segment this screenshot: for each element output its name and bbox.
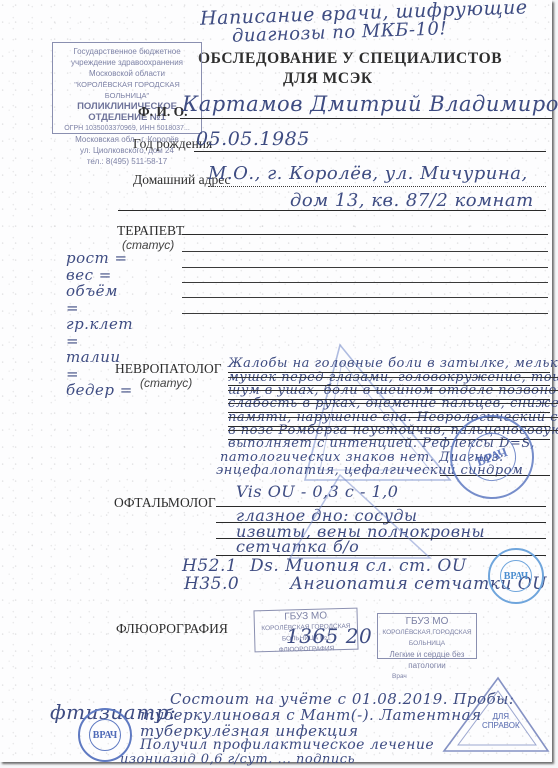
address-value-line2: дом 13, кв. 87/2 комнат	[290, 190, 534, 211]
document-page: Написание врачи, шифрующие диагнозы по М…	[0, 0, 552, 762]
fio-value: Картамов Дмитрий Владимирович	[182, 92, 558, 116]
phthisio-note-line: Получил профилактическое лечение	[140, 737, 434, 753]
round-stamp-neuro-text: ВРАЧ	[474, 444, 509, 470]
ophthalmologist-label: ОФТАЛЬМОЛОГ	[114, 495, 216, 511]
neuro-note-line: Жалобы на головные боли в затылке, мельк…	[228, 356, 558, 371]
birth-year-underline	[194, 151, 546, 152]
fio-underline	[180, 118, 552, 119]
measurement-volume: объём =	[66, 283, 136, 316]
therapist-line	[182, 297, 548, 298]
therapist-line	[182, 251, 548, 252]
round-stamp-ophthalmologist: ВРАЧ	[488, 548, 544, 604]
ophth-code-2: H35.0	[184, 574, 239, 594]
fluorography-label: ФЛЮОРОГРАФИЯ	[116, 621, 228, 637]
fluoro-result-line1: КОРОЛЁВСКАЯ ГОРОДСКАЯ БОЛЬНИЦА	[378, 627, 476, 649]
triangle-stamp-line1: ДЛЯ	[482, 712, 520, 721]
neuro-line	[228, 399, 550, 400]
stamp-line: "КОРОЛЁВСКАЯ ГОРОДСКАЯ БОЛЬНИЦА"	[53, 79, 201, 101]
triangle-stamp-text: ДЛЯ СПРАВОК	[482, 712, 520, 730]
fluorography-number: 1365 20	[286, 624, 372, 648]
address-underline-2	[118, 210, 546, 211]
therapist-label: ТЕРАПЕВТ	[117, 223, 184, 239]
fluorography-result-stamp: ГБУЗ МО КОРОЛЁВСКАЯ ГОРОДСКАЯ БОЛЬНИЦА Л…	[377, 613, 477, 659]
measurement-hips: бедер =	[66, 382, 136, 399]
neurologist-label: НЕВРОПАТОЛОГ	[115, 361, 222, 377]
document-title-line1: ОБСЛЕДОВАНИЕ У СПЕЦИАЛИСТОВ	[198, 50, 502, 68]
neuro-line	[228, 412, 550, 413]
ophth-code-1: H52.1	[182, 556, 237, 576]
therapist-line	[182, 313, 548, 314]
triangle-stamp-ophth	[280, 470, 440, 565]
measurement-chest: гр.клет =	[66, 316, 136, 349]
address-underline-1	[208, 186, 546, 187]
round-stamp-doctor-text: ВРАЧ	[93, 730, 118, 741]
birth-year-value: 05.05.1985	[196, 128, 310, 150]
document-title-line2: ДЛЯ МСЭК	[283, 70, 373, 88]
stamp-line: ОГРН 1035003370969, ИНН 5018037...	[53, 123, 201, 134]
ophth-diagnosis-1: Ds. Миопия сл. ст. ОU	[250, 556, 467, 576]
phthisio-note-line: изониазид 0,6 г/сут. ... подпись	[120, 752, 355, 767]
therapist-line	[182, 282, 548, 283]
therapist-line	[182, 267, 548, 268]
round-stamp-ophth-text: ВРАЧ	[504, 571, 529, 582]
stamp-line: Государственное бюджетное	[53, 46, 201, 57]
stamp-line: Московской области	[53, 68, 201, 79]
neuro-line	[228, 372, 550, 373]
fluoro-result-line2: Легкие и сердце без патологии	[378, 649, 476, 671]
measurement-height: рост =	[66, 250, 136, 267]
triangle-stamp-line2: СПРАВОК	[482, 721, 520, 730]
therapist-line	[182, 234, 548, 235]
neuro-line	[228, 385, 550, 386]
round-stamp-doctor: ВРАЧ	[78, 708, 132, 762]
clinic-stamp: Государственное бюджетное учреждение здр…	[52, 42, 202, 134]
fluoro-result-title: ГБУЗ МО	[378, 616, 476, 627]
stamp-line: учреждение здравоохранения	[53, 57, 201, 68]
stamp-line: тел.: 8(495) 511-58-17	[53, 156, 201, 167]
neurologist-status-label: (статус)	[140, 376, 192, 390]
address-value-line1: М.О., г. Королёв, ул. Мичурина,	[208, 163, 528, 184]
measurement-weight: вес =	[66, 267, 136, 284]
